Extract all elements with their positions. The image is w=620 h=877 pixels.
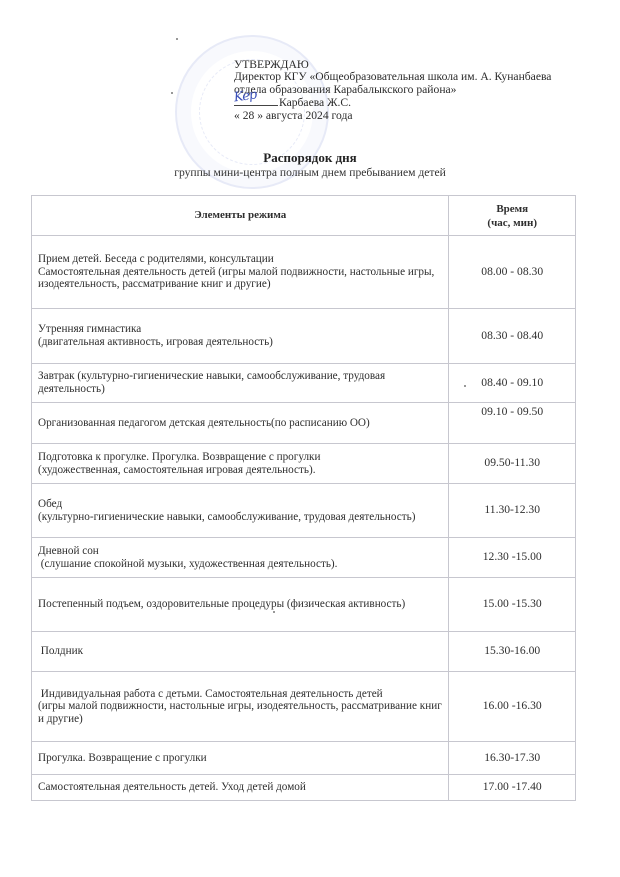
approval-signer: Карбаева Ж.С. <box>279 96 351 109</box>
regime-element-line: Постепенный подъем, оздоровительные проц… <box>38 598 442 611</box>
header-elements: Элементы режима <box>32 196 449 236</box>
time-cell: 16.30-17.30 <box>449 742 576 775</box>
document-subtitle: группы мини-центра полным днем пребывани… <box>0 166 620 179</box>
regime-element-line: Прогулка. Возвращение с прогулки <box>38 752 442 765</box>
regime-element-cell: Индивидуальная работа с детьми. Самостоя… <box>32 672 449 742</box>
time-cell: 15.00 -15.30 <box>449 578 576 632</box>
regime-element-cell: Обед(культурно-гигиенические навыки, сам… <box>32 484 449 538</box>
regime-element-line: Организованная педагогом детская деятель… <box>38 417 442 430</box>
regime-element-cell: Полдник <box>32 632 449 672</box>
handwritten-signature: Kep <box>233 90 257 105</box>
table-row: Обед(культурно-гигиенические навыки, сам… <box>32 484 576 538</box>
table-row: Завтрак (культурно-гигиенические навыки,… <box>32 364 576 403</box>
regime-element-cell: Дневной сон (слушание спокойной музыки, … <box>32 538 449 578</box>
regime-element-line: Дневной сон <box>38 545 442 558</box>
time-cell: 09.10 - 09.50 <box>449 403 576 444</box>
regime-element-line: (игры малой подвижности, настольные игры… <box>38 700 442 725</box>
time-cell: 08.40 - 09.10 <box>449 364 576 403</box>
approval-date: « 28 » августа 2024 года <box>234 110 551 122</box>
approval-line-2: отдела образования Карабалыкского района… <box>234 84 551 96</box>
time-cell: 16.00 -16.30 <box>449 672 576 742</box>
schedule-body: Прием детей. Беседа с родителями, консул… <box>32 236 576 801</box>
time-cell: 11.30-12.30 <box>449 484 576 538</box>
table-row: Постепенный подъем, оздоровительные проц… <box>32 578 576 632</box>
regime-element-line: Самостоятельная деятельность детей. Уход… <box>38 781 442 794</box>
table-row: Утренняя гимнастика(двигательная активно… <box>32 309 576 364</box>
regime-element-cell: Подготовка к прогулке. Прогулка. Возвращ… <box>32 444 449 484</box>
scan-speck <box>176 38 178 40</box>
header-time-line-2: (час, мин) <box>455 216 569 230</box>
regime-element-cell: Самостоятельная деятельность детей. Уход… <box>32 775 449 801</box>
time-cell: 09.50-11.30 <box>449 444 576 484</box>
time-cell: 12.30 -15.00 <box>449 538 576 578</box>
time-cell: 08.30 - 08.40 <box>449 309 576 364</box>
regime-element-cell: Завтрак (культурно-гигиенические навыки,… <box>32 364 449 403</box>
regime-element-cell: Утренняя гимнастика(двигательная активно… <box>32 309 449 364</box>
regime-element-line: Завтрак (культурно-гигиенические навыки,… <box>38 370 442 395</box>
scan-speck <box>464 385 466 387</box>
approval-block: УТВЕРЖДАЮ Директор КГУ «Общеобразователь… <box>234 59 551 122</box>
regime-element-line: (двигательная активность, игровая деятел… <box>38 336 442 349</box>
table-row: Полдник15.30-16.00 <box>32 632 576 672</box>
header-time: Время (час, мин) <box>449 196 576 236</box>
table-row: Подготовка к прогулке. Прогулка. Возвращ… <box>32 444 576 484</box>
time-cell: 08.00 - 08.30 <box>449 236 576 309</box>
table-row: Прием детей. Беседа с родителями, консул… <box>32 236 576 309</box>
approval-line-1: Директор КГУ «Общеобразовательная школа … <box>234 71 551 83</box>
scan-speck <box>273 611 275 613</box>
regime-element-cell: Прогулка. Возвращение с прогулки <box>32 742 449 775</box>
regime-element-cell: Прием детей. Беседа с родителями, консул… <box>32 236 449 309</box>
table-row: Самостоятельная деятельность детей. Уход… <box>32 775 576 801</box>
regime-element-line: (слушание спокойной музыки, художественн… <box>38 558 442 571</box>
regime-element-line: Самостоятельная деятельность детей (игры… <box>38 266 442 291</box>
regime-element-line: Индивидуальная работа с детьми. Самостоя… <box>38 688 442 701</box>
regime-element-cell: Организованная педагогом детская деятель… <box>32 403 449 444</box>
regime-element-line: Прием детей. Беседа с родителями, консул… <box>38 253 442 266</box>
regime-element-line: Подготовка к прогулке. Прогулка. Возвращ… <box>38 451 442 464</box>
table-row: Дневной сон (слушание спокойной музыки, … <box>32 538 576 578</box>
table-header-row: Элементы режима Время (час, мин) <box>32 196 576 236</box>
schedule-table: Элементы режима Время (час, мин) Прием д… <box>31 195 576 801</box>
time-cell: 17.00 -17.40 <box>449 775 576 801</box>
scan-speck <box>171 92 173 94</box>
time-cell: 15.30-16.00 <box>449 632 576 672</box>
regime-element-line: Утренняя гимнастика <box>38 323 442 336</box>
regime-element-line: Обед <box>38 498 442 511</box>
header-time-line-1: Время <box>455 202 569 216</box>
table-row: Организованная педагогом детская деятель… <box>32 403 576 444</box>
approval-signature-line: Kep Карбаева Ж.С. <box>234 96 551 109</box>
signature-line: Kep <box>234 96 278 106</box>
regime-element-line: (художественная, самостоятельная игровая… <box>38 464 442 477</box>
regime-element-line: Полдник <box>38 645 442 658</box>
table-row: Прогулка. Возвращение с прогулки16.30-17… <box>32 742 576 775</box>
document-title: Распорядок дня <box>0 150 620 166</box>
table-row: Индивидуальная работа с детьми. Самостоя… <box>32 672 576 742</box>
regime-element-cell: Постепенный подъем, оздоровительные проц… <box>32 578 449 632</box>
regime-element-line: (культурно-гигиенические навыки, самообс… <box>38 511 442 524</box>
